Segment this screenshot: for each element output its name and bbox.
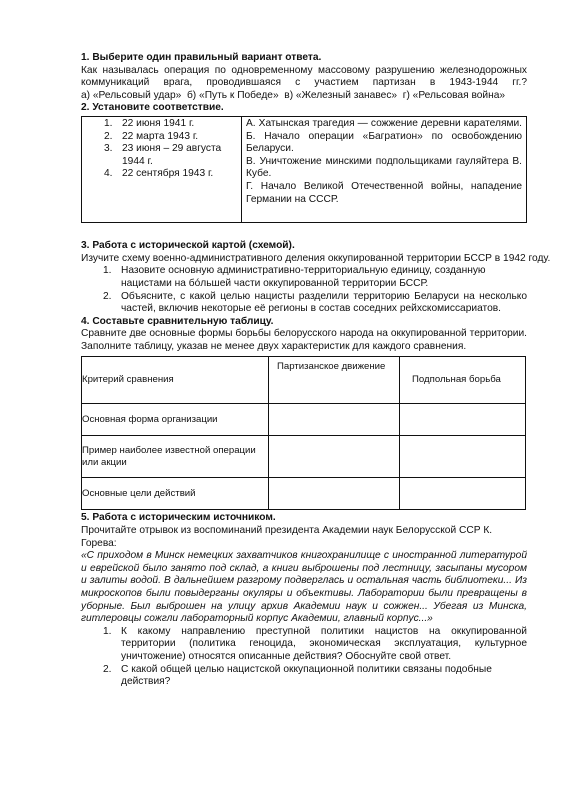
question-4-title: 4. Составьте сравнительную таблицу. (81, 316, 527, 329)
answer-cell-underground[interactable] (400, 478, 526, 510)
matching-table: 1.22 июня 1941 г. 2.22 марта 1943 г. 3.2… (81, 116, 527, 223)
date-item: 1.22 июня 1941 г. (82, 118, 237, 131)
question-1-options: а) «Рельсовый удар» б) «Путь к Победе» в… (81, 90, 527, 103)
question-5-title: 5. Работа с историческим источником. (81, 512, 527, 525)
question-1-title: 1. Выберите один правильный вариант отве… (81, 52, 527, 65)
criterion-cell: Пример наиболее известной операции или а… (82, 436, 269, 478)
events-column: А. Хатынская трагедия — сожжение деревни… (242, 116, 527, 222)
question-5: 5. Работа с историческим источником. Про… (81, 512, 527, 688)
source-quote: «С приходом в Минск немецких захватчиков… (81, 550, 527, 626)
question-3-title: 3. Работа с исторической картой (схемой)… (81, 240, 527, 253)
list-item: 2.Объясните, с какой целью нацисты разде… (81, 291, 527, 316)
question-3-intro: Изучите схему военно-административного д… (81, 253, 527, 266)
question-1-text-line1: Как называлась операция по одновременном… (81, 65, 527, 78)
date-item: 2.22 марта 1943 г. (82, 131, 237, 144)
table-header-row: Критерий сравнения Партизанское движение… (82, 357, 526, 404)
table-row: Пример наиболее известной операции или а… (82, 436, 526, 478)
date-item: 4.22 сентября 1943 г. (82, 168, 237, 181)
question-1: 1. Выберите один правильный вариант отве… (81, 52, 527, 102)
question-3: 3. Работа с исторической картой (схемой)… (81, 240, 527, 316)
table-row: Основная форма организации (82, 404, 526, 436)
question-2-title: 2. Установите соответствие. (81, 102, 527, 115)
answer-cell-partisan[interactable] (269, 478, 400, 510)
event-item: Г. Начало Великой Отечественной войны, н… (246, 181, 522, 206)
answer-cell-underground[interactable] (400, 404, 526, 436)
worksheet-page: 1. Выберите один правильный вариант отве… (81, 52, 527, 689)
event-item: А. Хатынская трагедия — сожжение деревни… (246, 118, 522, 131)
event-item: Б. Начало операции «Багратион» по освобо… (246, 131, 522, 156)
question-5-list: 1.К какому направлению преступной полити… (81, 626, 527, 689)
question-1-text-line2: коммуникаций врага, проводившаяся с учас… (81, 77, 527, 90)
question-4-intro: Сравните две основные формы борьбы белор… (81, 328, 527, 353)
list-item: 1.К какому направлению преступной полити… (81, 626, 527, 664)
date-item: 3.23 июня – 29 августа 1944 г. (82, 143, 237, 168)
dates-column: 1.22 июня 1941 г. 2.22 марта 1943 г. 3.2… (82, 116, 242, 222)
event-item: В. Уничтожение минскими подпольщиками га… (246, 156, 522, 181)
question-5-intro: Прочитайте отрывок из воспоминаний прези… (81, 525, 527, 550)
question-4: 4. Составьте сравнительную таблицу. Срав… (81, 316, 527, 511)
answer-cell-underground[interactable] (400, 436, 526, 478)
table-row: Основные цели действий (82, 478, 526, 510)
header-criterion: Критерий сравнения (82, 357, 269, 404)
criterion-cell: Основная форма организации (82, 404, 269, 436)
answer-cell-partisan[interactable] (269, 404, 400, 436)
header-partisan: Партизанское движение (269, 357, 400, 404)
question-2: 2. Установите соответствие. 1.22 июня 19… (81, 102, 527, 223)
answer-cell-partisan[interactable] (269, 436, 400, 478)
list-item: 2.С какой общей целью нацистской оккупац… (81, 664, 527, 689)
criterion-cell: Основные цели действий (82, 478, 269, 510)
comparison-table: Критерий сравнения Партизанское движение… (81, 356, 526, 510)
question-3-list: 1.Назовите основную административно-терр… (81, 265, 527, 315)
list-item: 1.Назовите основную административно-терр… (81, 265, 527, 290)
header-underground: Подпольная борьба (400, 357, 526, 404)
